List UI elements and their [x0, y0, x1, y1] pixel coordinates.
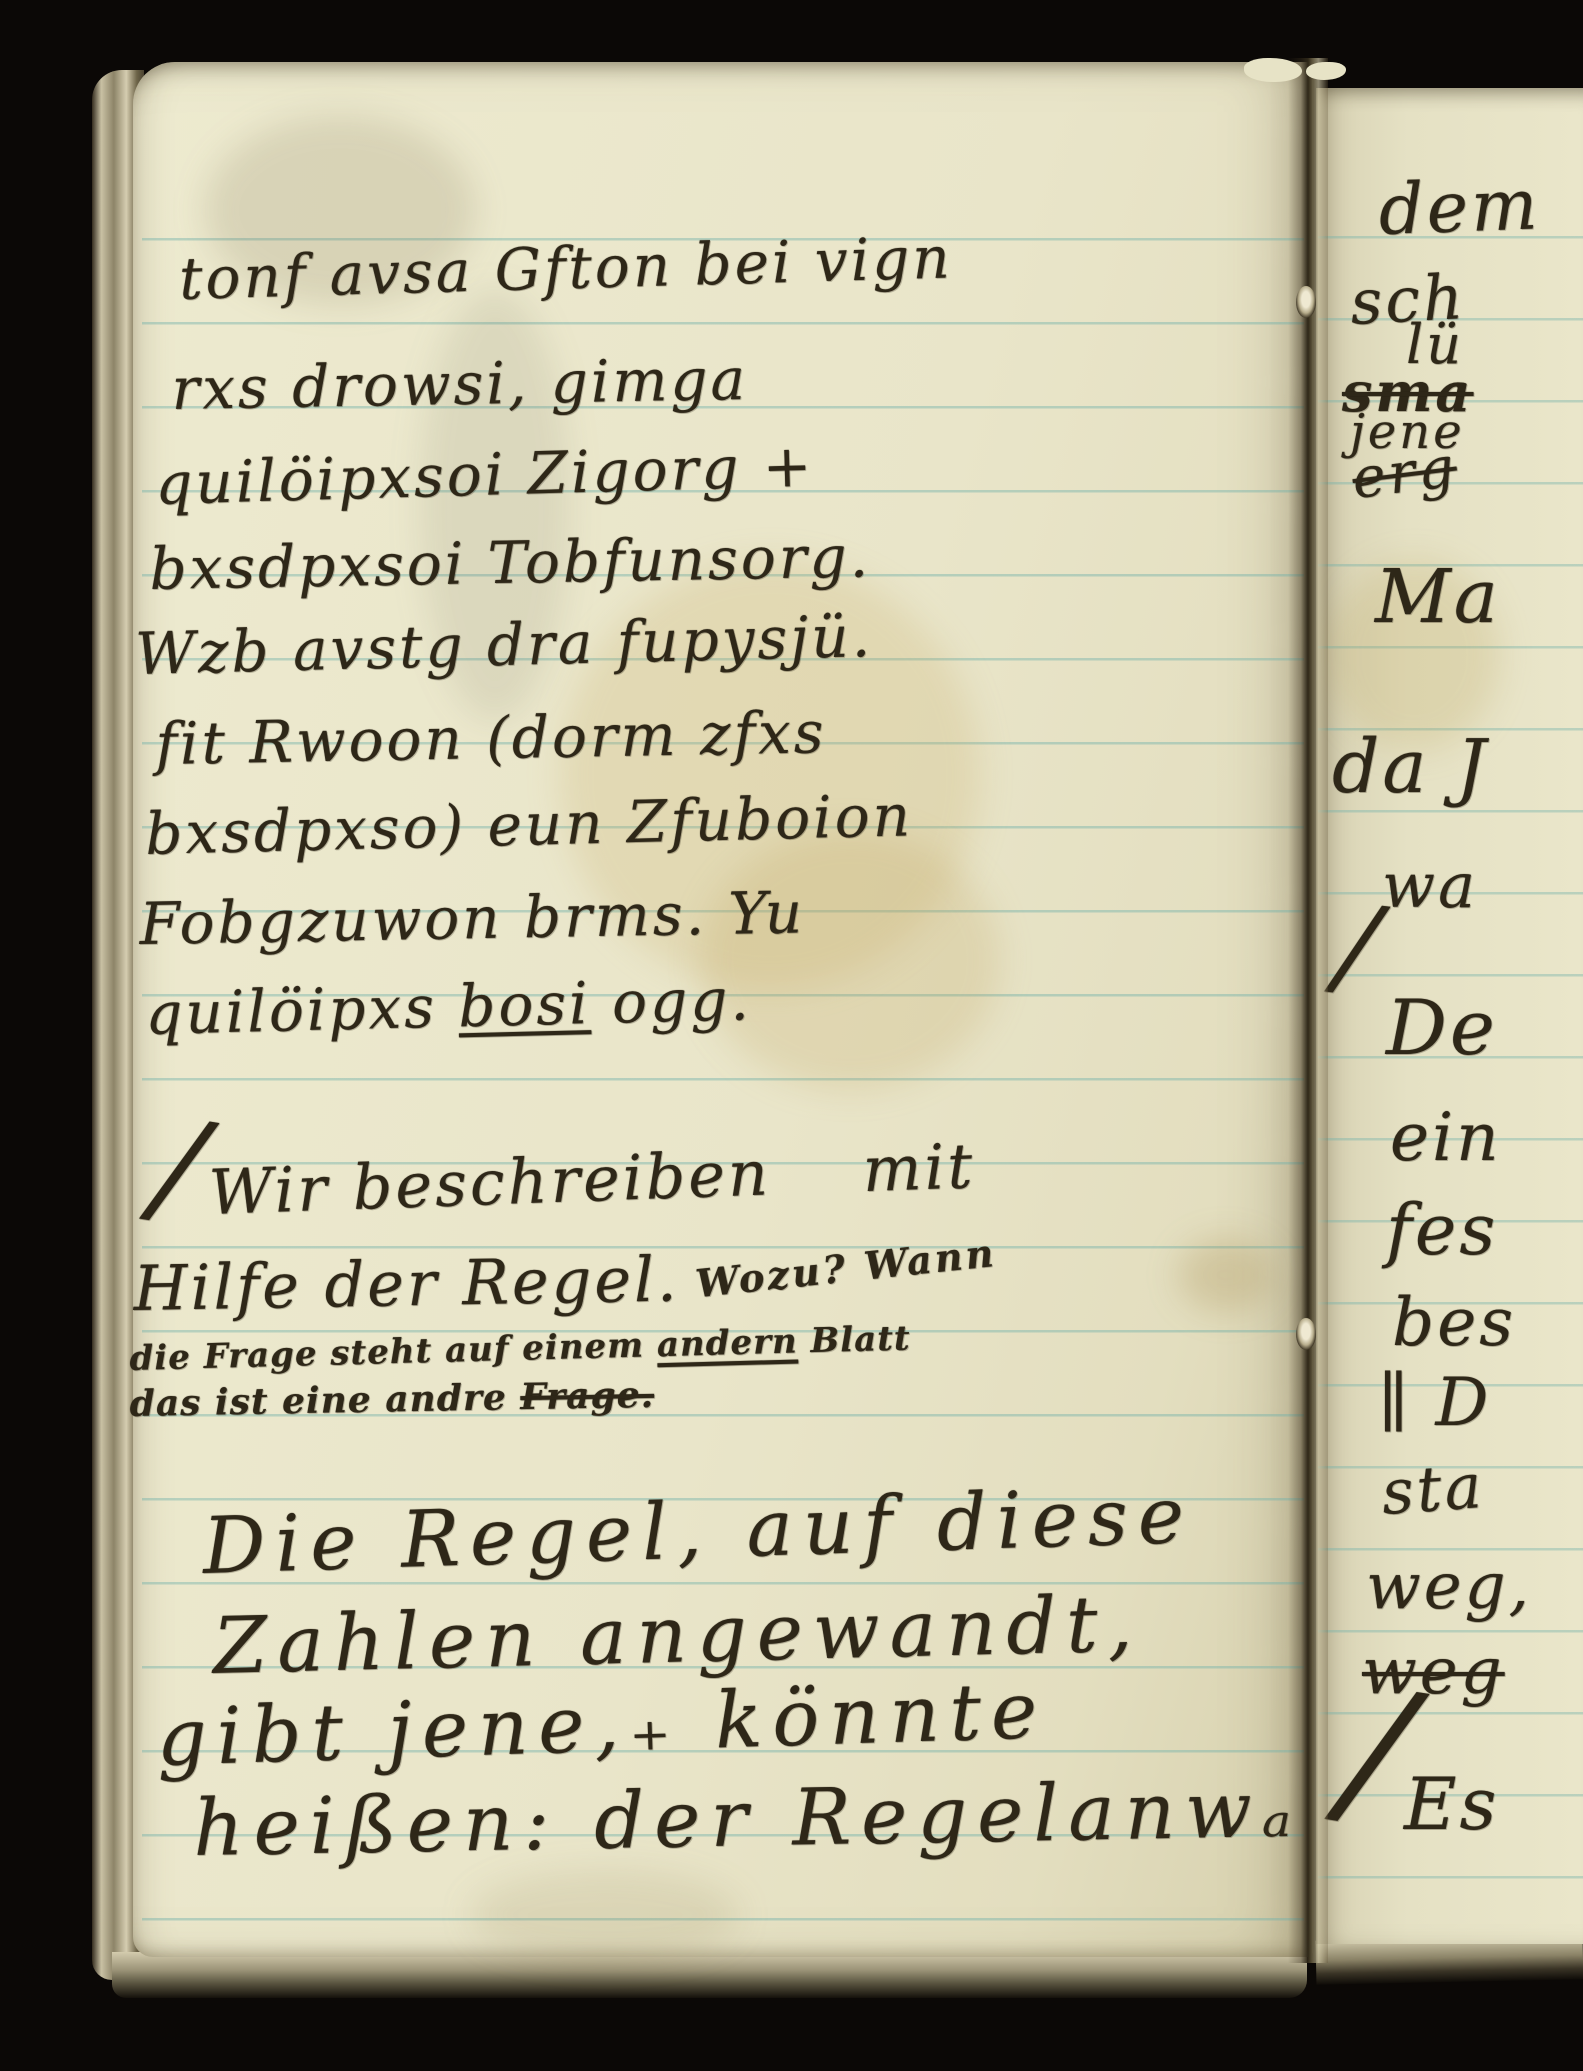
crossed-out-word: erg	[1349, 440, 1460, 508]
right-page-fragment: ∥ D	[1378, 1370, 1491, 1436]
annotation-word: Blatt	[797, 1319, 911, 1362]
right-page-fragment: da J	[1332, 730, 1489, 804]
annotation-word: das ist eine andre	[129, 1376, 520, 1425]
cipher-line: quilöipxs bosi ogg.	[145, 970, 753, 1043]
crossed-out-word: Frage.	[520, 1374, 655, 1418]
cipher-word: ogg.	[590, 965, 753, 1037]
handwriting-line: heißen: der Regelanwₐ	[193, 1771, 1302, 1868]
binding-stitch	[1296, 1318, 1316, 1350]
handwriting-word: mit	[862, 1135, 977, 1201]
underlined-word: bosi	[457, 969, 591, 1040]
right-page-fragment: dem	[1378, 169, 1542, 245]
page-edge-stack-bottom	[112, 1952, 1307, 1998]
right-page-fragment: fes	[1386, 1195, 1498, 1265]
handwriting-word: Hilfe der Regel.	[133, 1242, 680, 1325]
torn-paper-edge	[1244, 58, 1302, 82]
right-page-fragment: Es	[1404, 1768, 1500, 1840]
notebook-photo: tonf avsa Gfton bei vign rxs drowsi, gim…	[0, 0, 1583, 2071]
cipher-line: quilöipxsoi Zigorg +	[154, 437, 815, 513]
right-page-fragment: sta	[1380, 1455, 1487, 1524]
cipher-line: bxsdpxsoi Tobfunsorg.	[149, 527, 872, 598]
underlined-word: andern	[656, 1322, 798, 1366]
right-page-fragment: weg,	[1366, 1555, 1532, 1619]
cipher-word: quilöipxs	[144, 972, 459, 1048]
right-page-fragment: ein	[1390, 1105, 1502, 1171]
binding-gutter	[1288, 58, 1328, 1963]
right-page-fragment: Ma	[1375, 560, 1501, 634]
paper-stain	[1178, 1238, 1274, 1312]
cipher-line: Wzb avstg dra fupysjü.	[135, 607, 874, 683]
right-page-fragment: bes	[1392, 1290, 1516, 1356]
right-page-fragment: wa	[1382, 855, 1478, 917]
interline-annotation: das ist eine andre Frage.	[129, 1377, 654, 1422]
cipher-line: Fobgzuwon brms. Yu	[139, 883, 806, 953]
cipher-line: rxs drowsi, gimga	[171, 350, 749, 418]
cipher-line: bxsdpxso) eun Zfuboion	[145, 786, 914, 863]
paper-stain	[700, 830, 1000, 1090]
binding-stitch	[1296, 286, 1316, 318]
torn-paper-edge	[1306, 62, 1346, 80]
right-page-fragment: De	[1386, 990, 1498, 1066]
cipher-line: fit Rwoon (dorm zfxs	[155, 703, 827, 773]
paper-stain	[470, 1870, 740, 1960]
